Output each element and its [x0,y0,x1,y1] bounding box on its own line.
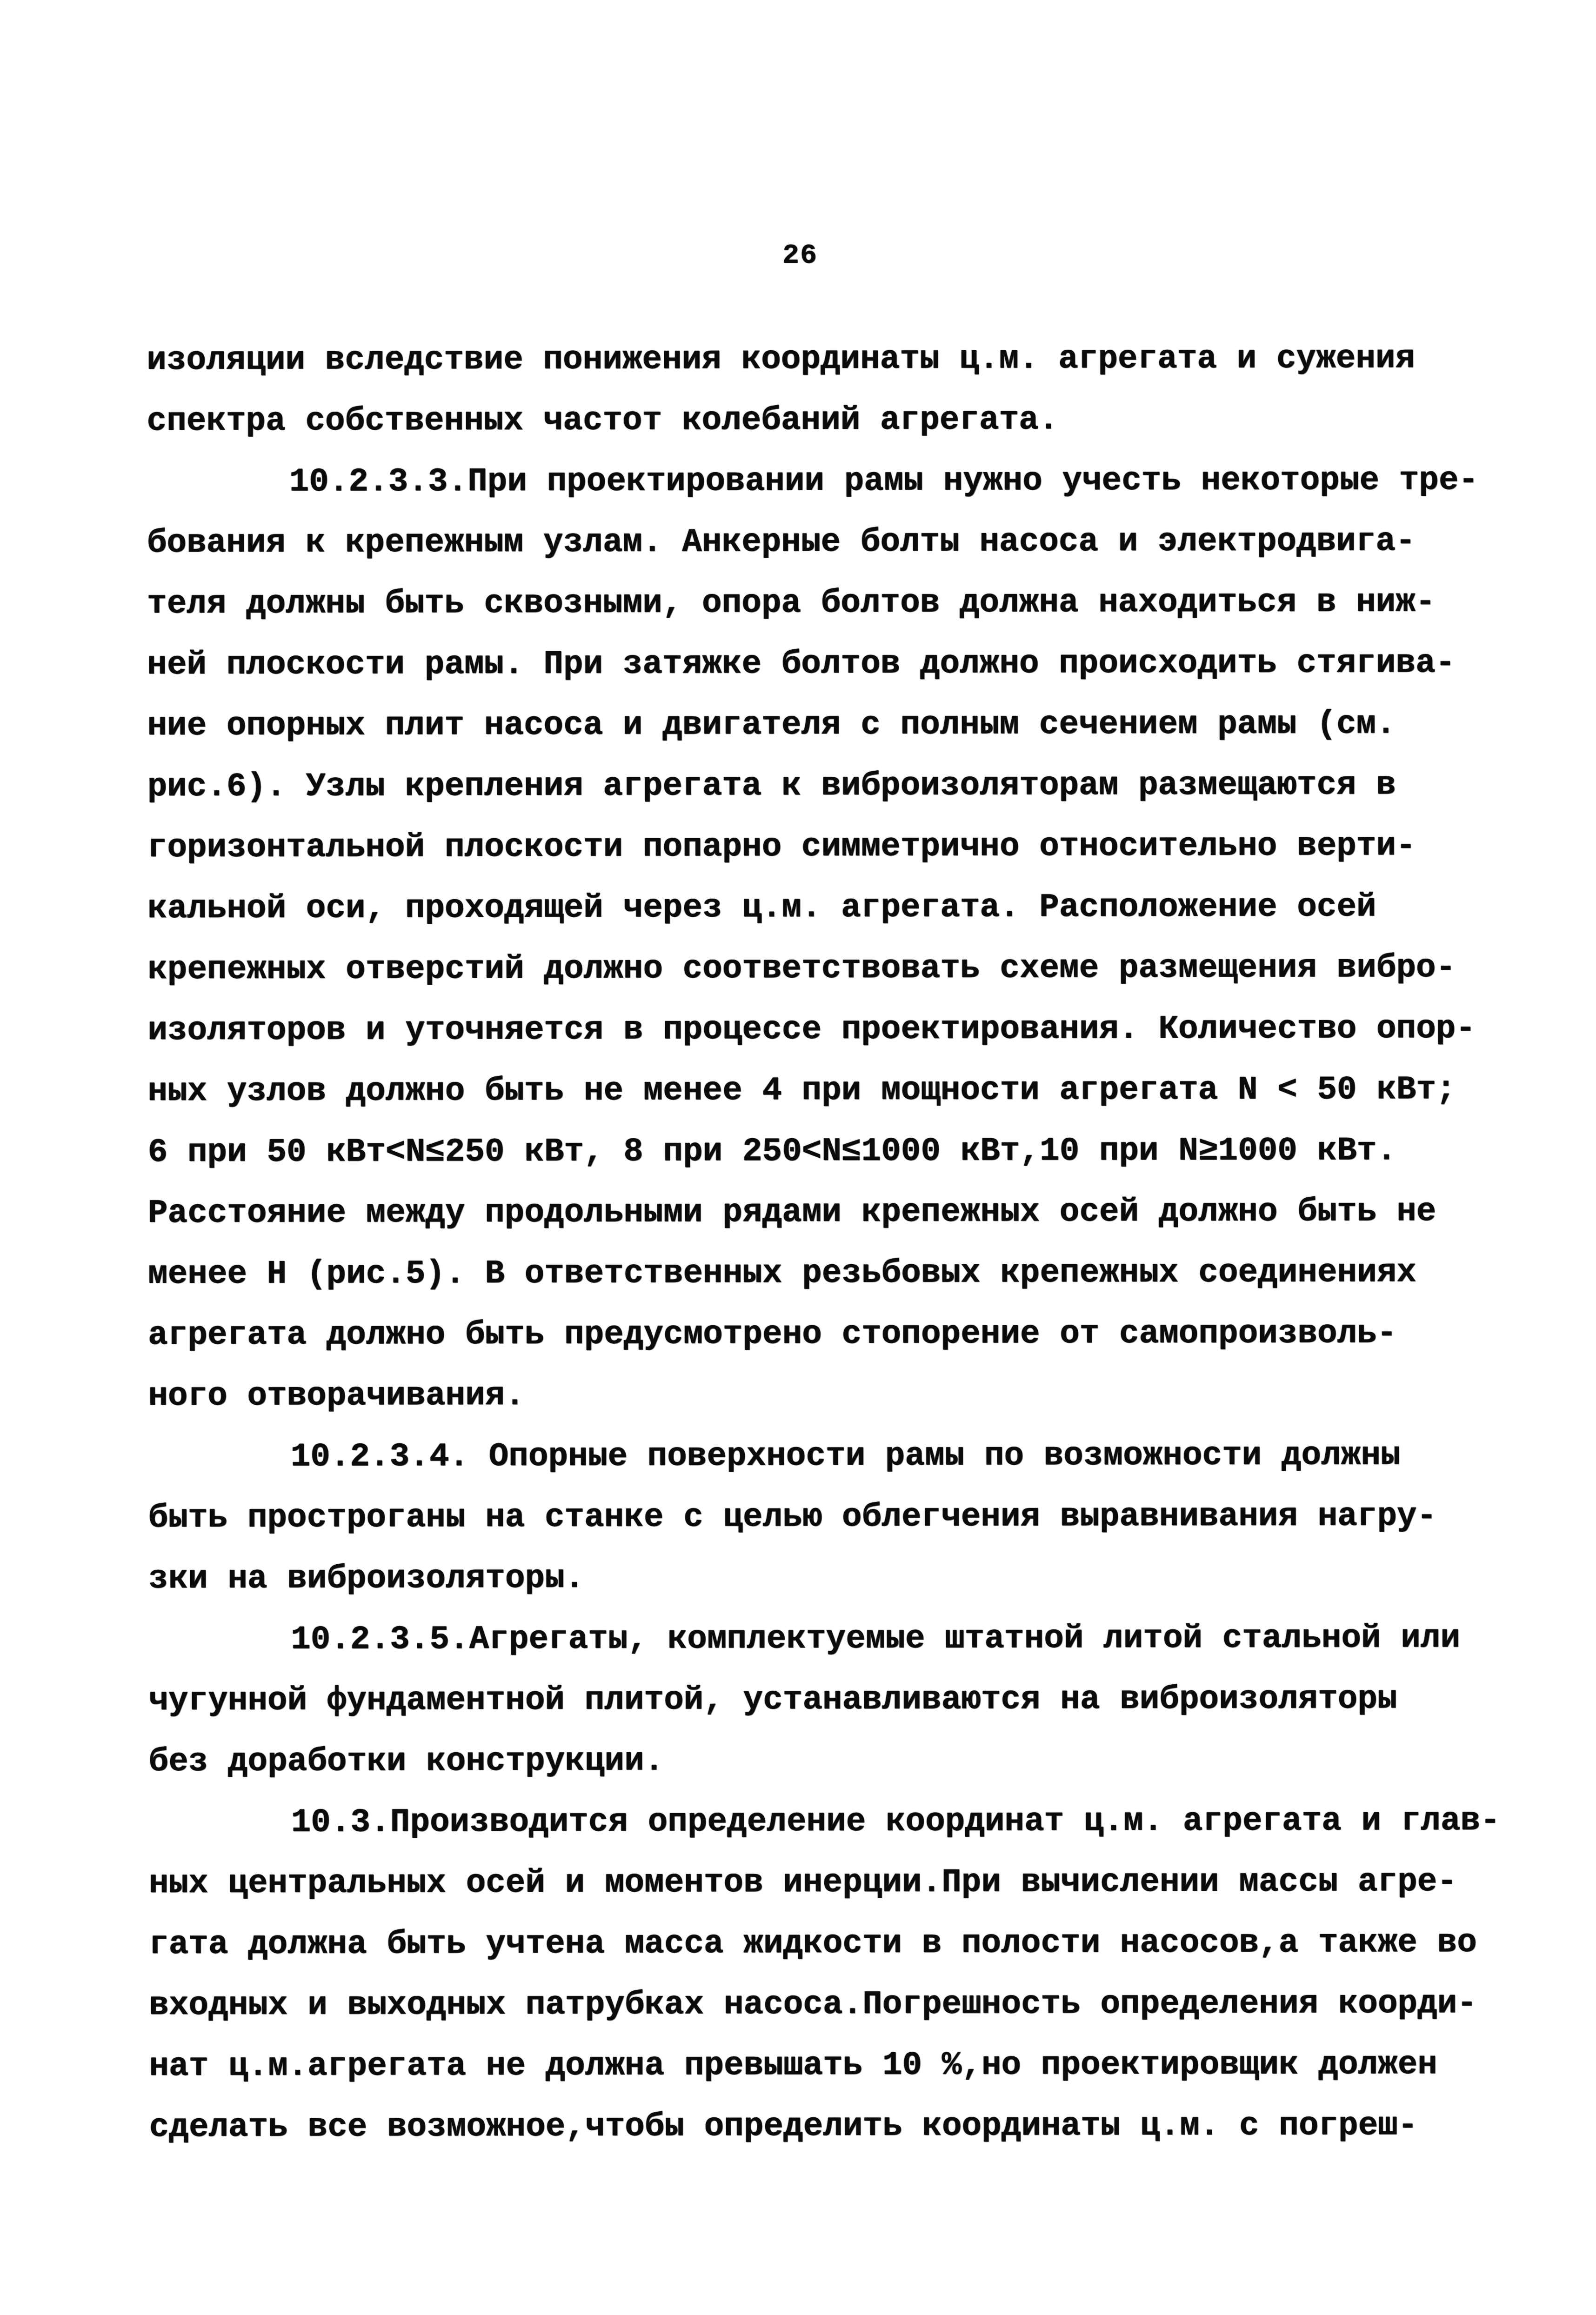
text-line: гата должна быть учтена масса жидкости в… [149,1913,1507,1975]
text-line: сделать все возможное,чтобы определить к… [149,2095,1508,2158]
text-line: спектра собственных частот колебаний агр… [147,389,1505,452]
text-line: 6 при 50 кВт<N≤250 кВт, 8 при 250<N≤1000… [148,1121,1506,1183]
text-line-section-10-3: 10.3.Производится определение координат … [149,1791,1507,1854]
text-line: рис.6). Узлы крепления агрегата к виброи… [147,755,1506,818]
text-line: входных и выходных патрубках насоса.Погр… [149,1974,1507,2036]
text-line: бования к крепежным узлам. Анкерные болт… [147,511,1505,574]
text-line: агрегата должно быть предусмотрено стопо… [148,1303,1506,1366]
text-line: крепежных отверстий должно соответствова… [147,938,1506,1001]
text-line: быть простроганы на станке с целью облег… [148,1486,1507,1549]
body-text: изоляции вследствие понижения координаты… [147,328,1507,2158]
text-line-section-10-2-3-4: 10.2.3.4. Опорные поверхности рамы по во… [148,1425,1507,1488]
text-line: ней плоскости рамы. При затяжке болтов д… [147,633,1505,696]
text-line: изоляции вследствие понижения координаты… [147,328,1505,391]
text-line: Расстояние между продольными рядами креп… [148,1181,1506,1244]
text-line: зки на виброизоляторы. [148,1547,1507,1610]
text-line: чугунной фундаментной плитой, устанавлив… [148,1669,1507,1732]
text-line: ных центральных осей и моментов инерции.… [149,1852,1507,1915]
text-line: ние опорных плит насоса и двигателя с по… [147,694,1505,757]
document-page: 26 изоляции вследствие понижения координ… [0,0,1596,2315]
text-line: нат ц.м.агрегата не должна превышать 10 … [149,2035,1507,2097]
text-line-section-10-2-3-3: 10.2.3.3.При проектировании рамы нужно у… [147,450,1505,513]
text-line: без доработки конструкции. [148,1730,1507,1793]
text-line: горизонтальной плоскости попарно симметр… [147,816,1506,879]
text-line: менее Н (рис.5). В ответственных резьбов… [148,1242,1506,1305]
text-line-section-10-2-3-5: 10.2.3.5.Агрегаты, комплектуемые штатной… [148,1608,1507,1671]
text-line: изоляторов и уточняется в процессе проек… [147,999,1506,1061]
text-line: теля должны быть сквозными, опора болтов… [147,572,1505,635]
page-number: 26 [0,240,1596,272]
text-line: ного отворачивания. [148,1364,1506,1427]
text-line: ных узлов должно быть не менее 4 при мощ… [147,1060,1506,1122]
text-line: кальной оси, проходящей через ц.м. агрег… [147,877,1506,940]
